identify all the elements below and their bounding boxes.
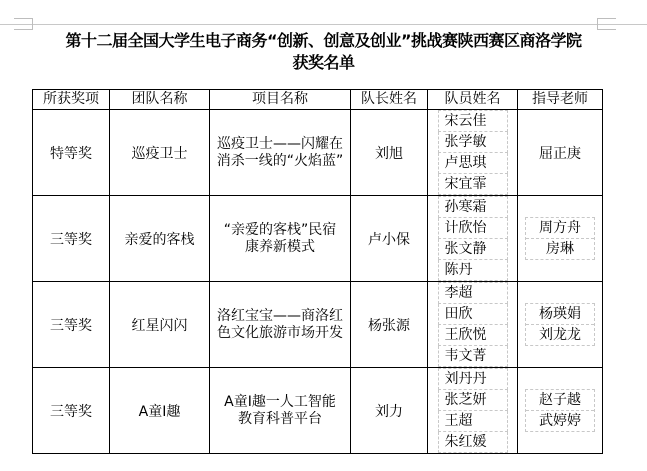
project-line: 教育科普平台 — [210, 411, 350, 428]
header-members: 队员姓名 — [428, 90, 518, 110]
project-line: 洛红宝宝——商洛红 — [210, 308, 350, 325]
margin-corner-mark-left — [14, 18, 33, 30]
project-cell: 洛红宝宝——商洛红 色文化旅游市场开发 — [210, 282, 351, 368]
member-name: 计欣怡 — [438, 218, 508, 239]
advisor-name: 房琳 — [526, 239, 594, 259]
project-cell: 巡疫卫士——闪耀在 消杀一线的“火焰蓝” — [210, 110, 351, 196]
member-list: 刘丹丹 张芝妍 王超 朱红媛 — [438, 368, 508, 453]
project-line: 色文化旅游市场开发 — [210, 325, 350, 342]
member-list: 孙寒霜 计欣怡 张文静 陈丹 — [438, 196, 508, 281]
margin-corner-mark-right — [597, 18, 616, 30]
advisor-name: 周方舟 — [526, 218, 594, 239]
header-award: 所获奖项 — [33, 90, 110, 110]
advisor-cell: 杨瑛娟 刘龙龙 — [518, 282, 603, 368]
member-name: 张学敏 — [438, 132, 508, 153]
advisor-cell: 赵子越 武婷婷 — [518, 368, 603, 454]
header-team: 团队名称 — [110, 90, 210, 110]
advisor-name: 杨瑛娟 — [526, 304, 594, 325]
header-advisor: 指导老师 — [518, 90, 603, 110]
project-cell: “亲爱的客栈”民宿 康养新模式 — [210, 196, 351, 282]
member-name: 宋宜霏 — [438, 174, 508, 195]
awards-table: 所获奖项 团队名称 项目名称 队长姓名 队员姓名 指导老师 特等奖 巡疫卫士 巡… — [32, 89, 603, 454]
captain-cell: 卢小保 — [351, 196, 428, 282]
member-name: 李超 — [438, 282, 508, 304]
header-captain: 队长姓名 — [351, 90, 428, 110]
member-name: 孙寒霜 — [438, 196, 508, 218]
project-cell: A童I趣一人工智能 教育科普平台 — [210, 368, 351, 454]
advisor-list: 赵子越 武婷婷 — [525, 389, 595, 432]
member-name: 王超 — [438, 411, 508, 432]
members-cell: 刘丹丹 张芝妍 王超 朱红媛 — [428, 368, 518, 454]
member-list: 宋云佳 张学敏 卢思琪 宋宜霏 — [438, 110, 508, 195]
table-header-row: 所获奖项 团队名称 项目名称 队长姓名 队员姓名 指导老师 — [33, 90, 603, 110]
team-cell: 红星闪闪 — [110, 282, 210, 368]
captain-cell: 刘旭 — [351, 110, 428, 196]
member-name: 宋云佳 — [438, 110, 508, 132]
table-row: 三等奖 亲爱的客栈 “亲爱的客栈”民宿 康养新模式 卢小保 孙寒霜 计欣怡 张文… — [33, 196, 603, 282]
document-title: 第十二届全国大学生电子商务“创新、创意及创业”挑战赛陕西赛区商洛学院 — [0, 30, 647, 52]
member-name: 韦文菁 — [438, 346, 508, 367]
team-cell: 巡疫卫士 — [110, 110, 210, 196]
page-margin-guide — [0, 24, 647, 25]
project-line: 消杀一线的“火焰蓝” — [210, 153, 350, 170]
project-line: 康养新模式 — [210, 239, 350, 256]
member-name: 陈丹 — [438, 260, 508, 281]
member-name: 张文静 — [438, 239, 508, 260]
table-row: 特等奖 巡疫卫士 巡疫卫士——闪耀在 消杀一线的“火焰蓝” 刘旭 宋云佳 张学敏… — [33, 110, 603, 196]
project-line: “亲爱的客栈”民宿 — [210, 222, 350, 239]
captain-cell: 杨张源 — [351, 282, 428, 368]
award-cell: 三等奖 — [33, 196, 110, 282]
project-line: A童I趣一人工智能 — [210, 394, 350, 411]
award-cell: 特等奖 — [33, 110, 110, 196]
table-row: 三等奖 A童I趣 A童I趣一人工智能 教育科普平台 刘力 刘丹丹 张芝妍 王超 … — [33, 368, 603, 454]
member-name: 张芝妍 — [438, 390, 508, 411]
member-name: 王欣悦 — [438, 325, 508, 346]
table-row: 三等奖 红星闪闪 洛红宝宝——商洛红 色文化旅游市场开发 杨张源 李超 田欣 王… — [33, 282, 603, 368]
team-cell: 亲爱的客栈 — [110, 196, 210, 282]
member-name: 刘丹丹 — [438, 368, 508, 390]
member-list: 李超 田欣 王欣悦 韦文菁 — [438, 282, 508, 367]
advisor-name: 赵子越 — [526, 390, 594, 411]
advisor-list: 周方舟 房琳 — [525, 217, 595, 260]
advisor-list: 杨瑛娟 刘龙龙 — [525, 303, 595, 346]
team-cell: A童I趣 — [110, 368, 210, 454]
member-name: 朱红媛 — [438, 432, 508, 453]
header-project: 项目名称 — [210, 90, 351, 110]
advisor-name: 武婷婷 — [526, 411, 594, 431]
project-line: 巡疫卫士——闪耀在 — [210, 136, 350, 153]
member-name: 卢思琪 — [438, 153, 508, 174]
award-cell: 三等奖 — [33, 282, 110, 368]
members-cell: 宋云佳 张学敏 卢思琪 宋宜霏 — [428, 110, 518, 196]
captain-cell: 刘力 — [351, 368, 428, 454]
advisor-cell: 屈正庚 — [518, 110, 603, 196]
advisor-name: 刘龙龙 — [526, 325, 594, 345]
document-subtitle: 获奖名单 — [0, 52, 647, 74]
members-cell: 孙寒霜 计欣怡 张文静 陈丹 — [428, 196, 518, 282]
award-cell: 三等奖 — [33, 368, 110, 454]
member-name: 田欣 — [438, 304, 508, 325]
members-cell: 李超 田欣 王欣悦 韦文菁 — [428, 282, 518, 368]
advisor-cell: 周方舟 房琳 — [518, 196, 603, 282]
